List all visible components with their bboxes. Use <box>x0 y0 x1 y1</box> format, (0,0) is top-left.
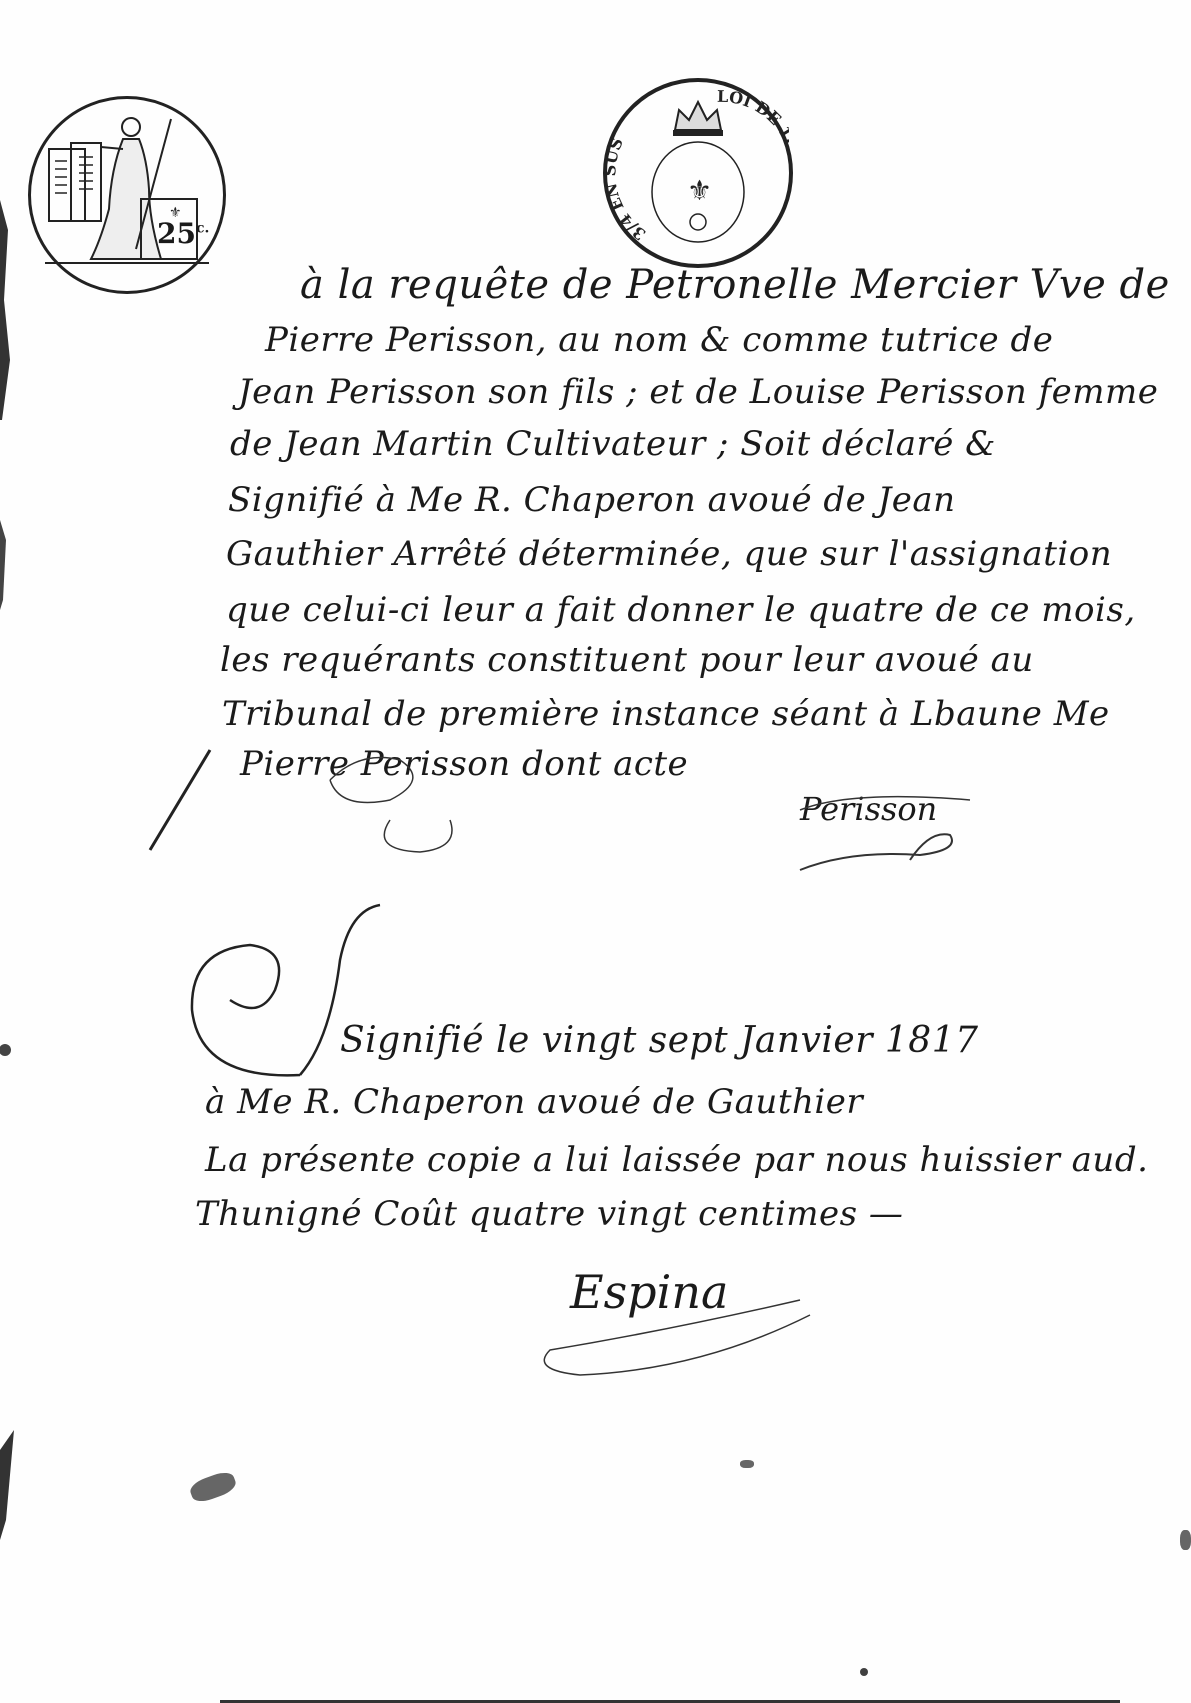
signification-line-2: à Me R. Chaperon avoué de Gauthier <box>205 1082 863 1122</box>
body-line-4: de Jean Martin Cultivateur ; Soit déclar… <box>230 424 996 464</box>
ink-dot <box>860 1668 868 1676</box>
signature-2-flourish <box>520 1270 820 1380</box>
body-line-9: Tribunal de première instance séant à Lb… <box>222 694 1110 734</box>
document-page: ⚜ 25c. 3/4 EN SUS LOI DE 1816. ⚜ à la re… <box>0 0 1191 1703</box>
body-line-8: les requérants constituent pour leur avo… <box>220 640 1034 680</box>
ink-blot <box>1180 1530 1191 1550</box>
body-line-1: à la requête de Petronelle Mercier Vve d… <box>300 262 1170 308</box>
tax-stamp-loi-1816: 3/4 EN SUS LOI DE 1816. ⚜ <box>603 78 793 268</box>
crown-fleur-de-lis-icon: 3/4 EN SUS LOI DE 1816. ⚜ <box>607 82 789 264</box>
body-line-3: Jean Perisson son fils ; et de Louise Pe… <box>238 372 1158 412</box>
body-line-2: Pierre Perisson, au nom & comme tutrice … <box>265 320 1053 360</box>
signification-line-4: Thunigné Coût quatre vingt centimes — <box>195 1194 903 1234</box>
stamp-value: 25c. <box>157 217 209 250</box>
svg-text:3/4 EN SUS: 3/4 EN SUS <box>607 135 649 244</box>
body-line-7: que celui-ci leur a fait donner le quatr… <box>226 590 1136 630</box>
svg-text:⚜: ⚜ <box>687 174 712 207</box>
scan-edge-damage <box>0 0 14 1703</box>
pen-flourish <box>130 740 530 860</box>
signification-line-3: La présente copie a lui laissée par nous… <box>205 1140 1148 1180</box>
body-line-6: Gauthier Arrêté déterminée, que sur l'as… <box>226 534 1112 574</box>
signature-flourish <box>790 780 990 880</box>
ink-blot <box>740 1460 754 1468</box>
ink-blot <box>188 1469 239 1505</box>
allegorical-figure-icon: ⚜ <box>31 99 223 291</box>
body-line-5: Signifié à Me R. Chaperon avoué de Jean <box>228 480 956 520</box>
tax-stamp-25c: ⚜ 25c. <box>28 96 226 294</box>
signification-line-1: Signifié le vingt sept Janvier 1817 <box>340 1020 979 1061</box>
svg-text:LOI DE 1816.: LOI DE 1816. <box>717 87 789 179</box>
